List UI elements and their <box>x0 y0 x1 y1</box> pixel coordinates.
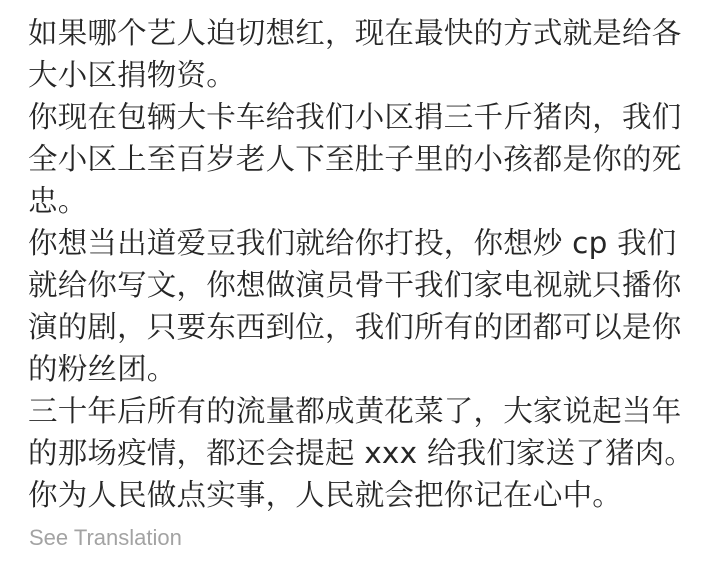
caption-line: 大小区捐物资。 <box>28 54 718 96</box>
caption-line: 三十年后所有的流量都成黄花菜了，大家说起当年 <box>28 390 718 432</box>
caption-line: 的粉丝团。 <box>28 348 718 390</box>
caption-line: 你想当出道爱豆我们就给你打投，你想炒 cp 我们 <box>28 222 718 264</box>
caption-line: 的那场疫情，都还会提起 xxx 给我们家送了猪肉。 <box>28 432 718 474</box>
post-caption: 如果哪个艺人迫切想红，现在最快的方式就是给各 大小区捐物资。 你现在包辆大卡车给… <box>28 12 718 516</box>
caption-line: 你现在包辆大卡车给我们小区捐三千斤猪肉，我们 <box>28 96 718 138</box>
caption-line: 全小区上至百岁老人下至肚子里的小孩都是你的死 <box>28 138 718 180</box>
caption-line: 你为人民做点实事，人民就会把你记在心中。 <box>28 474 718 516</box>
caption-line: 忠。 <box>28 180 718 222</box>
caption-line: 演的剧，只要东西到位，我们所有的团都可以是你 <box>28 306 718 348</box>
caption-line: 就给你写文，你想做演员骨干我们家电视就只播你 <box>28 264 718 306</box>
see-translation-link[interactable]: See Translation <box>29 523 182 553</box>
caption-line: 如果哪个艺人迫切想红，现在最快的方式就是给各 <box>28 12 718 54</box>
